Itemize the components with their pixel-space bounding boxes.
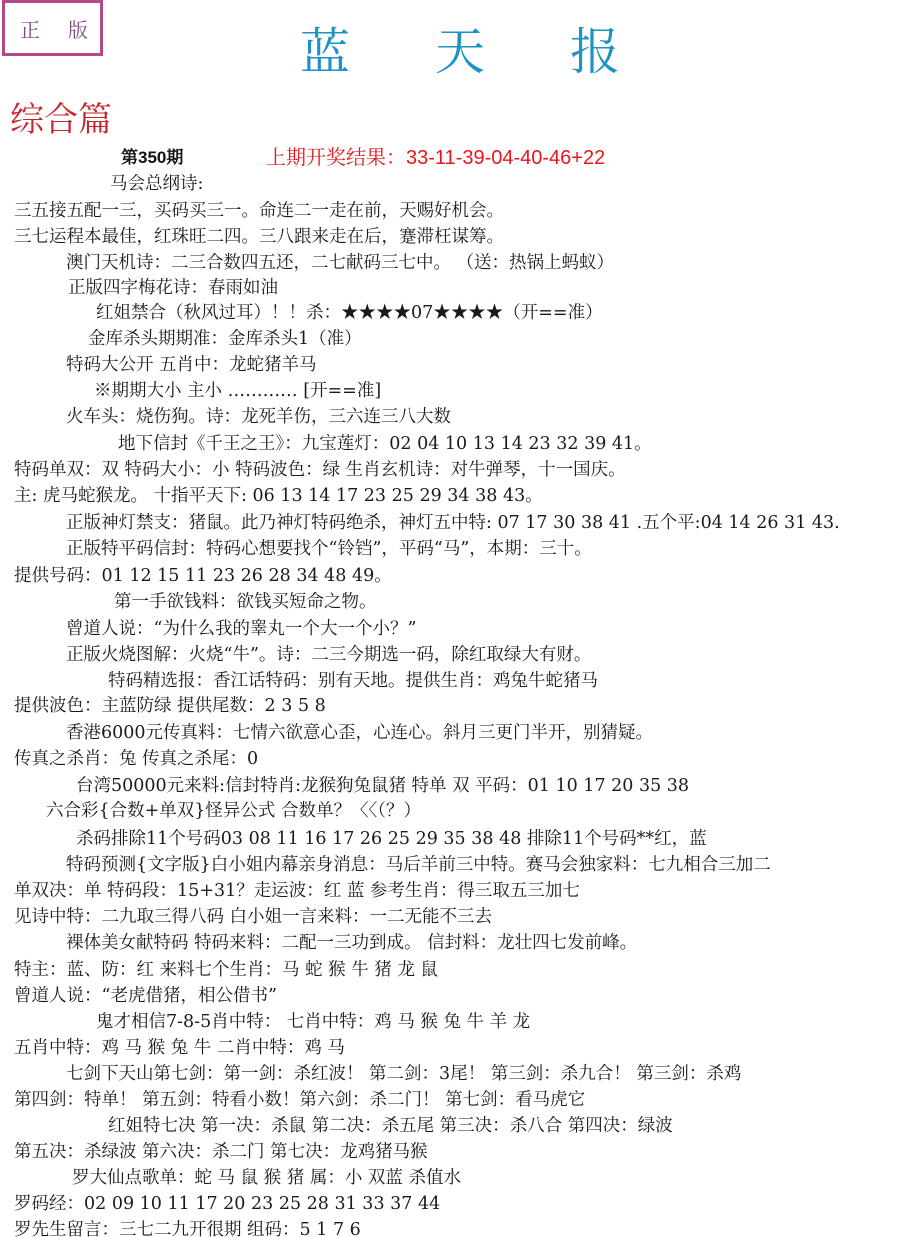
text-line: 传真之杀肖：兔 传真之杀尾：0 bbox=[14, 747, 258, 771]
text-line: 特码单双：双 特码大小：小 特码波色：绿 生肖玄机诗：对牛弹琴，十一国庆。 bbox=[14, 458, 626, 482]
text-line: 正版四字梅花诗：春雨如油 bbox=[68, 276, 278, 300]
text-line: 罗先生留言：三七二九开很期 组码：5 1 7 6 bbox=[14, 1218, 361, 1237]
text-line: 三五接五配一三，买码买三一。命连二一走在前，天赐好机会。 bbox=[14, 199, 504, 223]
authentic-edition-badge: 正 版 bbox=[2, 0, 103, 56]
text-line: 澳门天机诗：二三合数四五还，二七献码三七中。 （送：热锅上蚂蚁） bbox=[66, 251, 614, 275]
text-line: 罗大仙点歌单：蛇 马 鼠 猴 猪 属：小 双蓝 杀值水 bbox=[72, 1166, 461, 1190]
text-line: 见诗中特：二九取三得八码 白小姐一言来料：一二无能不三去 bbox=[14, 905, 492, 929]
masthead-title: 蓝 天 报 bbox=[300, 22, 620, 82]
text-line: 台湾50000元来料:信封特肖:龙猴狗兔鼠猪 特单 双 平码：01 10 17 … bbox=[76, 774, 689, 798]
badge-char-1: 正 bbox=[20, 14, 40, 43]
text-line: 马会总纲诗: bbox=[110, 172, 203, 196]
text-line: 三七运程本最佳，红珠旺二四。三八跟来走在后，蹇滞枉谋筹。 bbox=[14, 225, 504, 249]
text-line: 红姐特七决 第一决：杀鼠 第二决：杀五尾 第三决：杀八合 第四决：绿波 bbox=[108, 1114, 673, 1138]
text-line: 特码预测{文字版}白小姐内幕亲身消息：马后羊前三中特。赛马会独家料：七九相合三加… bbox=[66, 853, 771, 877]
text-line: 六合彩{合数+单双}怪异公式 合数单？〈〈（？） bbox=[46, 799, 421, 823]
text-line: 第五决：杀绿波 第六决：杀二门 第七决：龙鸡猪马猴 bbox=[14, 1140, 428, 1164]
text-line: 正版神灯禁支：猪鼠。此乃神灯特码绝杀，神灯五中特: 07 17 30 38 41… bbox=[66, 511, 840, 535]
text-line: 主: 虎马蛇猴龙。 十指平天下: 06 13 14 17 23 25 29 34… bbox=[14, 484, 543, 508]
text-line: ※期期大小 主小 ………… [开==准] bbox=[94, 379, 381, 403]
masthead-char-2: 天 bbox=[435, 22, 485, 82]
text-line: 单双决：单 特码段：15+31？走运波：红 蓝 参考生肖：得三取五三加七 bbox=[14, 879, 580, 903]
last-draw-result: 上期开奖结果：33-11-39-04-40-46+22 bbox=[266, 146, 605, 170]
text-line: 五肖中特：鸡 马 猴 兔 牛 二肖中特：鸡 马 bbox=[14, 1036, 345, 1060]
text-line: 第一手欲钱料：欲钱买短命之物。 bbox=[114, 590, 377, 614]
text-line: 特码大公开 五肖中：龙蛇猪羊马 bbox=[66, 353, 317, 377]
text-line: 提供波色：主蓝防绿 提供尾数：2 3 5 8 bbox=[14, 694, 326, 718]
text-line: 第四剑：特单！ 第五剑：特看小数！第六剑：杀二门！ 第七剑：看马虎它 bbox=[14, 1088, 585, 1112]
text-line: 鬼才相信7-8-5肖中特： 七肖中特：鸡 马 猴 兔 牛 羊 龙 bbox=[96, 1010, 530, 1034]
text-line: 罗码经：02 09 10 11 17 20 23 25 28 31 33 37 … bbox=[14, 1192, 440, 1216]
section-title: 综合篇 bbox=[10, 98, 112, 142]
text-line: 七剑下天山第七剑：第一剑：杀红波！ 第二剑：3尾！ 第三剑：杀九合！ 第三剑：杀… bbox=[66, 1062, 741, 1086]
text-line: 地下信封《千王之王》：九宝莲灯：02 04 10 13 14 23 32 39 … bbox=[118, 432, 652, 456]
text-line: 火车头：烧伤狗。诗：龙死羊伤，三六连三八大数 bbox=[66, 405, 451, 429]
text-line: 曾道人说：“老虎借猪，相公借书” bbox=[14, 984, 277, 1008]
text-line: 杀码排除11个号码03 08 11 16 17 26 25 29 35 38 4… bbox=[76, 827, 707, 851]
text-line: 正版特平码信封：特码心想要找个“铃铛”，平码“马”，本期：三十。 bbox=[66, 537, 592, 561]
text-line: 提供号码：01 12 15 11 23 26 28 34 48 49。 bbox=[14, 564, 392, 588]
text-line: 红姐禁合（秋风过耳）！！杀：★★★★07★★★★（开==准） bbox=[96, 301, 603, 325]
issue-number: 第350期 bbox=[121, 146, 183, 170]
masthead-char-3: 报 bbox=[570, 22, 620, 82]
text-line: 香港6000元传真料：七情六欲意心歪，心连心。斜月三更门半开，别猜疑。 bbox=[66, 721, 653, 745]
text-line: 正版火烧图解：火烧“牛”。诗：二三今期选一码，除红取绿大有财。 bbox=[66, 643, 591, 667]
text-line: 曾道人说：“为什么我的睾丸一个大一个小？” bbox=[66, 617, 416, 641]
masthead-char-1: 蓝 bbox=[300, 22, 350, 82]
text-line: 特主：蓝、防：红 来料七个生肖：马 蛇 猴 牛 猪 龙 鼠 bbox=[14, 958, 438, 982]
text-line: 裸体美女献特码 特码来料：二配一三功到成。 信封料：龙壮四七发前峰。 bbox=[66, 931, 637, 955]
text-line: 特码精选报：香江话特码：别有天地。提供生肖：鸡兔牛蛇猪马 bbox=[108, 669, 598, 693]
badge-char-2: 版 bbox=[68, 14, 88, 43]
text-line: 金库杀头期期准：金库杀头1（准） bbox=[88, 327, 362, 351]
